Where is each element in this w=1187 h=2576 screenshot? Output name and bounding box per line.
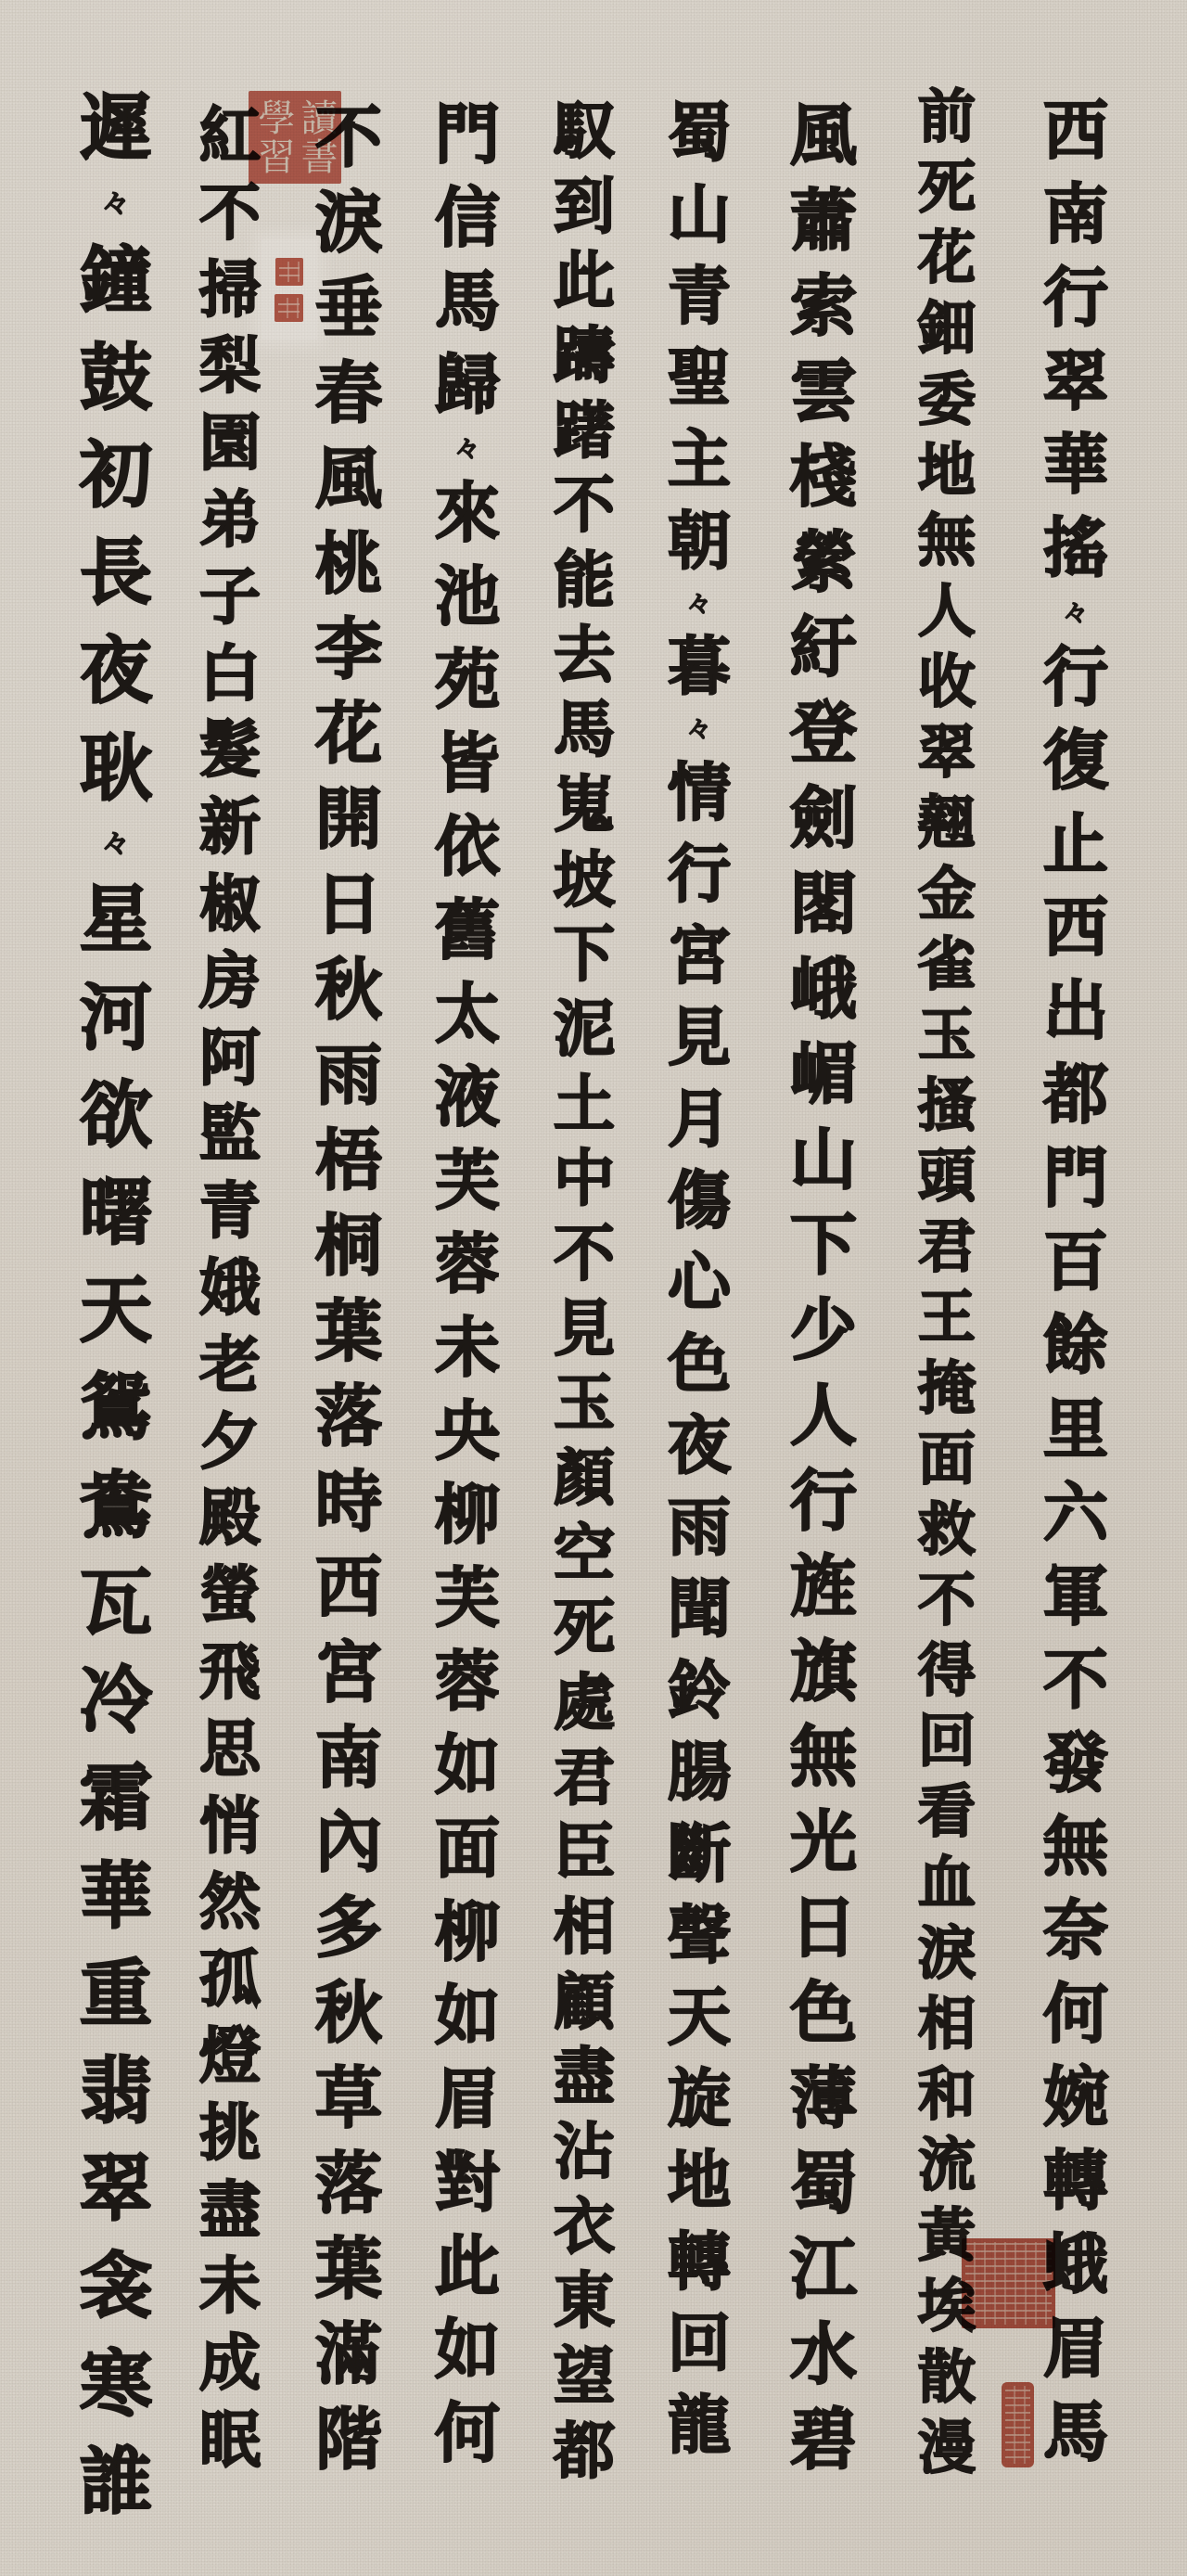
calligraphy-character: 翠 xyxy=(80,2153,152,2225)
calligraphy-character: 嵋 xyxy=(790,1041,857,1108)
calligraphy-character: 不 xyxy=(1043,1647,1108,1712)
calligraphy-character: 秋 xyxy=(315,1980,382,2046)
calligraphy-character: 面 xyxy=(435,1816,500,1881)
calligraphy-character: 情 xyxy=(668,762,731,825)
calligraphy-character: 梧 xyxy=(315,1127,382,1194)
calligraphy-character: 白 xyxy=(199,643,261,704)
calligraphy-character: 雨 xyxy=(668,1496,731,1559)
calligraphy-character: 行 xyxy=(1043,265,1108,330)
calligraphy-character: 救 xyxy=(918,1501,976,1558)
calligraphy-character: 霜 xyxy=(80,1762,152,1835)
calligraphy-character: 暮 xyxy=(668,635,731,698)
repetition-mark: 々 xyxy=(686,717,711,742)
calligraphy-character: 西 xyxy=(1043,98,1108,163)
calligraphy-character: 馬 xyxy=(1043,2400,1108,2465)
calligraphy-character: 花 xyxy=(315,700,382,767)
calligraphy-character: 能 xyxy=(554,549,615,610)
calligraphy-character: 子 xyxy=(199,566,261,627)
calligraphy-character: 日 xyxy=(790,1894,857,1961)
calligraphy-character: 六 xyxy=(1043,1480,1108,1545)
seal-script-pattern xyxy=(1005,2386,1030,2464)
calligraphy-column-9: 遲々鐘鼓初長夜耿々星河欲曙天鴛鴦瓦冷霜華重翡翠衾寒誰 xyxy=(65,93,167,2518)
calligraphy-character: 止 xyxy=(1043,812,1108,877)
calligraphy-character: 悄 xyxy=(199,1795,261,1856)
calligraphy-character: 君 xyxy=(554,1747,615,1808)
calligraphy-column-5: 馭到此躊躇不能去馬嵬坡下泥土中不見玉顏空死處君臣相顧盡沾衣東望都 xyxy=(533,100,635,2481)
calligraphy-column-1: 西南行翠華搖々行復止西出都門百餘里六軍不發無奈何婉轉蛾眉馬 xyxy=(1025,98,1127,2465)
calligraphy-character: 劍 xyxy=(790,785,857,852)
calligraphy-character: 時 xyxy=(315,1468,382,1535)
calligraphy-character: 西 xyxy=(1043,895,1108,960)
calligraphy-character: 娥 xyxy=(199,1257,261,1318)
calligraphy-character: 成 xyxy=(199,2332,261,2393)
calligraphy-character: 紆 xyxy=(790,614,857,681)
calligraphy-character: 都 xyxy=(1043,1062,1108,1127)
calligraphy-character: 翹 xyxy=(918,794,976,852)
calligraphy-character: 未 xyxy=(199,2255,261,2316)
calligraphy-character: 西 xyxy=(315,1554,382,1621)
calligraphy-character: 人 xyxy=(918,583,976,640)
calligraphy-character: 桃 xyxy=(315,531,382,597)
calligraphy-character: 央 xyxy=(435,1399,500,1464)
calligraphy-character: 皆 xyxy=(435,731,500,796)
calligraphy-character: 內 xyxy=(315,1809,382,1876)
calligraphy-character: 夜 xyxy=(668,1415,731,1478)
calligraphy-character: 地 xyxy=(918,442,976,499)
calligraphy-character: 婉 xyxy=(1043,2065,1108,2130)
calligraphy-character: 相 xyxy=(554,1896,615,1957)
calligraphy-character: 躇 xyxy=(554,400,615,461)
calligraphy-character: 餘 xyxy=(1043,1313,1108,1378)
calligraphy-character: 殿 xyxy=(199,1487,261,1548)
calligraphy-column-6: 門信馬歸々來池苑皆依舊太液芙蓉未央柳芙蓉如面柳如眉對此如何 xyxy=(416,102,518,2466)
calligraphy-character: 池 xyxy=(435,564,500,629)
calligraphy-character: 青 xyxy=(199,1180,261,1241)
calligraphy-character: 來 xyxy=(435,481,500,545)
calligraphy-character: 門 xyxy=(435,102,500,167)
calligraphy-character: 瓦 xyxy=(80,1568,152,1640)
calligraphy-character: 河 xyxy=(80,982,152,1055)
calligraphy-character: 南 xyxy=(315,1724,382,1791)
calligraphy-character: 百 xyxy=(1043,1229,1108,1294)
calligraphy-character: 翠 xyxy=(918,724,976,781)
calligraphy-character: 眉 xyxy=(435,2067,500,2132)
calligraphy-character: 坡 xyxy=(554,849,615,910)
calligraphy-character: 眠 xyxy=(199,2409,261,2470)
calligraphy-character: 欲 xyxy=(80,1080,152,1152)
repetition-mark: 々 xyxy=(101,190,130,219)
calligraphy-character: 色 xyxy=(668,1333,731,1396)
seal-script-pattern xyxy=(965,2242,1052,2325)
calligraphy-character: 秋 xyxy=(315,956,382,1023)
calligraphy-character: 聲 xyxy=(668,1904,731,1967)
calligraphy-character: 華 xyxy=(80,1861,152,1933)
calligraphy-character: 色 xyxy=(790,1980,857,2046)
calligraphy-character: 李 xyxy=(315,616,382,683)
calligraphy-column-4: 蜀山青聖主朝々暮々情行宮見月傷心色夜雨聞鈴腸斷聲天旋地轉回龍 xyxy=(648,102,750,2457)
calligraphy-character: 桐 xyxy=(315,1212,382,1279)
calligraphy-character: 芙 xyxy=(435,1148,500,1213)
calligraphy-character: 散 xyxy=(918,2349,976,2406)
calligraphy-character: 無 xyxy=(790,1724,857,1790)
calligraphy-character: 掃 xyxy=(199,259,261,320)
calligraphy-character: 太 xyxy=(435,981,500,1046)
calligraphy-character: 回 xyxy=(668,2313,731,2376)
calligraphy-character: 泥 xyxy=(554,998,615,1059)
calligraphy-character: 淚 xyxy=(315,189,382,256)
calligraphy-character: 何 xyxy=(1043,1981,1108,2046)
calligraphy-character: 聖 xyxy=(668,347,731,410)
calligraphy-character: 馬 xyxy=(435,269,500,334)
calligraphy-character: 玉 xyxy=(554,1372,615,1433)
calligraphy-character: 衣 xyxy=(554,2196,615,2257)
calligraphy-character: 前 xyxy=(918,88,976,146)
calligraphy-character: 索 xyxy=(790,273,857,340)
calligraphy-character: 奈 xyxy=(1043,1898,1108,1963)
calligraphy-character: 處 xyxy=(554,1672,615,1733)
calligraphy-character: 鴦 xyxy=(80,1470,152,1543)
calligraphy-character: 夜 xyxy=(80,635,152,708)
calligraphy-character: 峨 xyxy=(790,955,857,1022)
calligraphy-column-8: 紅不掃梨園弟子白髮新椒房阿監青娥老夕殿螢飛思悄然孤燈挑盡未成眠 xyxy=(179,105,281,2470)
calligraphy-character: 蓉 xyxy=(435,1649,500,1714)
calligraphy-character: 鈴 xyxy=(668,1660,731,1723)
calligraphy-character: 無 xyxy=(918,512,976,570)
seal-stamp-small-lower xyxy=(274,294,303,322)
calligraphy-character: 不 xyxy=(918,1571,976,1629)
calligraphy-character: 華 xyxy=(1043,432,1108,497)
calligraphy-character: 君 xyxy=(918,1218,976,1275)
calligraphy-column-2: 前死花鈿委地無人收翠翹金雀玉搔頭君王掩面救不得回看血淚相和流黃埃散漫 xyxy=(896,88,998,2477)
calligraphy-character: 主 xyxy=(668,429,731,492)
calligraphy-character: 行 xyxy=(790,1467,857,1534)
calligraphy-character: 王 xyxy=(918,1288,976,1346)
calligraphy-character: 苑 xyxy=(435,647,500,712)
calligraphy-character: 葉 xyxy=(315,1298,382,1365)
calligraphy-character: 鈿 xyxy=(918,300,976,357)
calligraphy-character: 未 xyxy=(435,1315,500,1380)
calligraphy-character: 蓉 xyxy=(435,1232,500,1297)
calligraphy-character: 行 xyxy=(1043,645,1108,710)
calligraphy-character: 旌 xyxy=(790,1553,857,1620)
calligraphy-character: 山 xyxy=(668,184,731,247)
calligraphy-character: 月 xyxy=(668,1088,731,1151)
calligraphy-character: 弟 xyxy=(199,489,261,550)
calligraphy-character: 不 xyxy=(199,182,261,243)
calligraphy-character: 翡 xyxy=(80,2056,152,2128)
calligraphy-character: 垂 xyxy=(315,275,382,341)
calligraphy-character: 都 xyxy=(554,2420,615,2481)
calligraphy-character: 星 xyxy=(80,884,152,956)
calligraphy-character: 盡 xyxy=(199,2179,261,2240)
calligraphy-character: 碧 xyxy=(790,2406,857,2473)
calligraphy-character: 蜀 xyxy=(790,2150,857,2217)
calligraphy-character: 宮 xyxy=(315,1639,382,1706)
calligraphy-character: 落 xyxy=(315,1383,382,1450)
calligraphy-scroll: 西南行翠華搖々行復止西出都門百餘里六軍不發無奈何婉轉蛾眉馬 前死花鈿委地無人收翠… xyxy=(0,0,1187,2576)
calligraphy-character: 南 xyxy=(1043,182,1108,247)
calligraphy-character: 耿 xyxy=(80,733,152,805)
calligraphy-character: 如 xyxy=(435,1983,500,2048)
calligraphy-character: 春 xyxy=(315,360,382,427)
calligraphy-character: 委 xyxy=(918,371,976,429)
calligraphy-character: 掩 xyxy=(918,1360,976,1417)
calligraphy-character: 翠 xyxy=(1043,349,1108,414)
calligraphy-character: 信 xyxy=(435,186,500,250)
calligraphy-character: 棧 xyxy=(790,443,857,510)
calligraphy-character: 斷 xyxy=(668,1823,731,1886)
calligraphy-character: 到 xyxy=(554,175,615,237)
calligraphy-character: 天 xyxy=(80,1275,152,1347)
calligraphy-character: 新 xyxy=(199,796,261,857)
calligraphy-character: 少 xyxy=(790,1297,857,1364)
calligraphy-character: 漫 xyxy=(918,2419,976,2477)
calligraphy-character: 水 xyxy=(790,2321,857,2388)
seal-stamp-main: 讀書學習 xyxy=(249,91,341,184)
calligraphy-character: 東 xyxy=(554,2270,615,2331)
calligraphy-character: 中 xyxy=(554,1147,615,1209)
calligraphy-character: 聞 xyxy=(668,1578,731,1641)
calligraphy-character: 空 xyxy=(554,1522,615,1583)
calligraphy-character: 鐘 xyxy=(80,245,152,317)
calligraphy-character: 開 xyxy=(315,786,382,852)
calligraphy-character: 軍 xyxy=(1043,1564,1108,1629)
calligraphy-character: 如 xyxy=(435,1733,500,1798)
calligraphy-character: 重 xyxy=(80,1958,152,2031)
calligraphy-character: 日 xyxy=(315,871,382,938)
calligraphy-character: 旋 xyxy=(668,2068,731,2131)
calligraphy-character: 此 xyxy=(435,2234,500,2299)
calligraphy-character: 馭 xyxy=(554,100,615,161)
calligraphy-character: 冷 xyxy=(80,1665,152,1737)
calligraphy-character: 馬 xyxy=(554,698,615,760)
calligraphy-character: 流 xyxy=(918,2136,976,2194)
seal-stamp-small-upper xyxy=(275,258,303,286)
calligraphy-character: 臣 xyxy=(554,1821,615,1882)
calligraphy-character: 搔 xyxy=(918,1077,976,1134)
calligraphy-character: 誰 xyxy=(80,2446,152,2518)
calligraphy-character: 江 xyxy=(790,2236,857,2302)
calligraphy-character: 依 xyxy=(435,814,500,879)
calligraphy-character: 椒 xyxy=(199,873,261,934)
calligraphy-character: 房 xyxy=(199,950,261,1011)
calligraphy-character: 螢 xyxy=(199,1564,261,1625)
calligraphy-character: 燈 xyxy=(199,2025,261,2086)
calligraphy-character: 土 xyxy=(554,1073,615,1134)
calligraphy-character: 出 xyxy=(1043,979,1108,1044)
calligraphy-character: 無 xyxy=(1043,1814,1108,1879)
calligraphy-character: 玉 xyxy=(918,1006,976,1064)
calligraphy-character: 長 xyxy=(80,537,152,609)
repetition-mark: 々 xyxy=(454,436,480,462)
calligraphy-character: 心 xyxy=(668,1251,731,1314)
calligraphy-character: 對 xyxy=(435,2150,500,2215)
calligraphy-character: 挑 xyxy=(199,2102,261,2163)
calligraphy-character: 下 xyxy=(554,923,615,984)
calligraphy-character: 相 xyxy=(918,1995,976,2053)
calligraphy-character: 天 xyxy=(668,1986,731,2049)
calligraphy-character: 門 xyxy=(1043,1146,1108,1211)
calligraphy-character: 歸 xyxy=(435,352,500,417)
calligraphy-character: 風 xyxy=(315,445,382,512)
calligraphy-character: 盡 xyxy=(554,2045,615,2107)
calligraphy-character: 遲 xyxy=(80,93,152,165)
calligraphy-character: 不 xyxy=(554,474,615,535)
calligraphy-character: 里 xyxy=(1043,1397,1108,1462)
calligraphy-character: 腸 xyxy=(668,1741,731,1804)
calligraphy-character: 轉 xyxy=(668,2231,731,2294)
calligraphy-character: 朝 xyxy=(668,510,731,573)
calligraphy-character: 老 xyxy=(199,1334,261,1395)
calligraphy-character: 去 xyxy=(554,624,615,686)
calligraphy-character: 風 xyxy=(790,102,857,169)
calligraphy-character: 花 xyxy=(918,229,976,287)
calligraphy-character: 見 xyxy=(554,1298,615,1359)
calligraphy-character: 看 xyxy=(918,1783,976,1840)
calligraphy-character: 梨 xyxy=(199,335,261,396)
calligraphy-character: 淚 xyxy=(918,1925,976,1982)
calligraphy-character: 鴛 xyxy=(80,1372,152,1444)
calligraphy-character: 鼓 xyxy=(80,342,152,415)
calligraphy-character: 人 xyxy=(790,1382,857,1449)
calligraphy-character: 何 xyxy=(435,2401,500,2466)
calligraphy-character: 落 xyxy=(315,2150,382,2217)
repetition-mark: 々 xyxy=(1063,600,1089,626)
repetition-mark: 々 xyxy=(686,592,711,617)
calligraphy-character: 阿 xyxy=(199,1027,261,1088)
calligraphy-character: 發 xyxy=(1043,1731,1108,1796)
calligraphy-character: 髮 xyxy=(199,719,261,780)
calligraphy-character: 然 xyxy=(199,1871,261,1932)
calligraphy-character: 血 xyxy=(918,1854,976,1912)
seal-stamp-tall-bottom-right xyxy=(1002,2382,1034,2467)
calligraphy-character: 衾 xyxy=(80,2250,152,2323)
calligraphy-character: 草 xyxy=(315,2065,382,2132)
calligraphy-character: 山 xyxy=(790,1126,857,1193)
calligraphy-column-7: 不淚垂春風桃李花開日秋雨梧桐葉落時西宮南內多秋草落葉滿階 xyxy=(298,104,400,2473)
calligraphy-character: 監 xyxy=(199,1103,261,1164)
calligraphy-character: 龍 xyxy=(668,2394,731,2457)
calligraphy-character: 行 xyxy=(668,843,731,906)
seal-stamp-square-bottom-right xyxy=(962,2238,1055,2328)
seal-script-pattern xyxy=(278,298,300,318)
calligraphy-character: 死 xyxy=(918,159,976,216)
calligraphy-character: 縈 xyxy=(790,529,857,596)
calligraphy-character: 滿 xyxy=(315,2321,382,2388)
calligraphy-character: 光 xyxy=(790,1809,857,1876)
calligraphy-character: 搖 xyxy=(1043,516,1108,581)
calligraphy-character: 不 xyxy=(554,1223,615,1284)
calligraphy-character: 薄 xyxy=(790,2065,857,2132)
seal-main-text: 讀書學習 xyxy=(252,95,338,180)
calligraphy-character: 多 xyxy=(315,1894,382,1961)
calligraphy-character: 柳 xyxy=(435,1900,500,1965)
calligraphy-character: 葉 xyxy=(315,2236,382,2302)
calligraphy-character: 得 xyxy=(918,1642,976,1699)
calligraphy-character: 園 xyxy=(199,412,261,473)
calligraphy-character: 登 xyxy=(790,699,857,766)
calligraphy-character: 閣 xyxy=(790,870,857,937)
calligraphy-character: 旗 xyxy=(790,1638,857,1705)
calligraphy-character: 回 xyxy=(918,1712,976,1770)
calligraphy-character: 面 xyxy=(918,1430,976,1488)
calligraphy-character: 飛 xyxy=(199,1641,261,1702)
calligraphy-character: 如 xyxy=(435,2317,500,2382)
calligraphy-character: 和 xyxy=(918,2066,976,2123)
calligraphy-character: 復 xyxy=(1043,728,1108,793)
calligraphy-character: 孤 xyxy=(199,1948,261,2009)
calligraphy-character: 宮 xyxy=(668,925,731,988)
calligraphy-character: 躊 xyxy=(554,325,615,386)
repetition-mark: 々 xyxy=(101,830,130,859)
calligraphy-character: 嵬 xyxy=(554,774,615,835)
calligraphy-character: 階 xyxy=(315,2406,382,2473)
calligraphy-character: 望 xyxy=(554,2345,615,2406)
calligraphy-character: 蕭 xyxy=(790,187,857,254)
calligraphy-character: 芙 xyxy=(435,1566,500,1631)
calligraphy-character: 此 xyxy=(554,250,615,311)
calligraphy-character: 見 xyxy=(668,1006,731,1070)
calligraphy-character: 收 xyxy=(918,653,976,711)
calligraphy-character: 金 xyxy=(918,865,976,923)
calligraphy-character: 沾 xyxy=(554,2121,615,2182)
calligraphy-character: 思 xyxy=(199,1718,261,1779)
calligraphy-character: 傷 xyxy=(668,1170,731,1233)
calligraphy-character: 液 xyxy=(435,1065,500,1130)
calligraphy-character: 曙 xyxy=(80,1177,152,1250)
calligraphy-character: 顧 xyxy=(554,1971,615,2032)
calligraphy-character: 轉 xyxy=(1043,2148,1108,2213)
calligraphy-character: 頭 xyxy=(918,1147,976,1205)
calligraphy-character: 雨 xyxy=(315,1042,382,1109)
calligraphy-character: 地 xyxy=(668,2149,731,2212)
calligraphy-character: 寒 xyxy=(80,2349,152,2421)
calligraphy-character: 顏 xyxy=(554,1447,615,1508)
calligraphy-character: 雀 xyxy=(918,936,976,993)
calligraphy-character: 死 xyxy=(554,1596,615,1658)
calligraphy-column-3: 風蕭索雲棧縈紆登劍閣峨嵋山下少人行旌旗無光日色薄蜀江水碧 xyxy=(772,102,874,2473)
calligraphy-character: 下 xyxy=(790,1211,857,1278)
calligraphy-character: 青 xyxy=(668,265,731,328)
calligraphy-character: 柳 xyxy=(435,1482,500,1547)
calligraphy-character: 夕 xyxy=(199,1411,261,1472)
seal-script-pattern xyxy=(279,262,300,282)
calligraphy-character: 雲 xyxy=(790,358,857,425)
calligraphy-character: 初 xyxy=(80,440,152,512)
calligraphy-character: 舊 xyxy=(435,898,500,963)
calligraphy-character: 蜀 xyxy=(668,102,731,165)
